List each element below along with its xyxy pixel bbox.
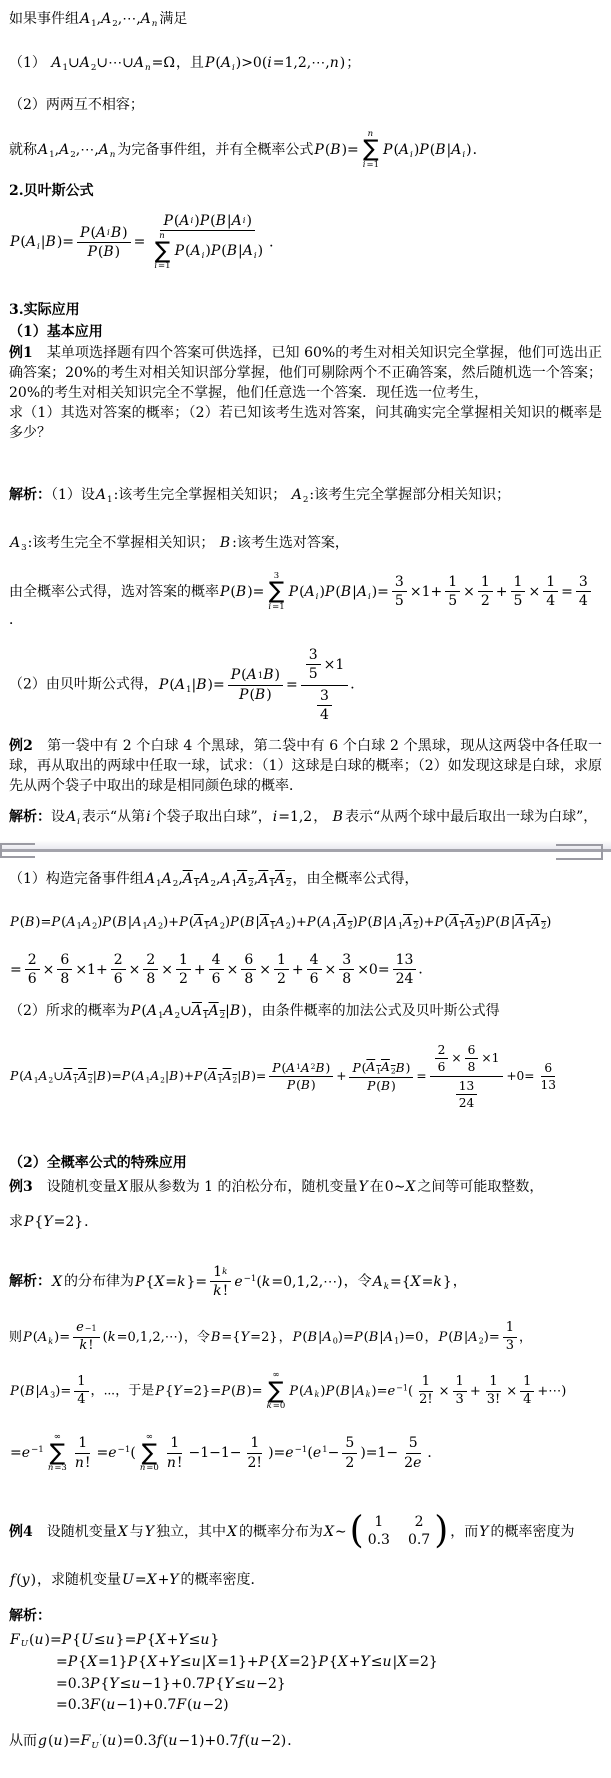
denominator: 4	[543, 592, 558, 609]
math-run: B	[219, 535, 232, 551]
text-run: 求	[9, 1214, 23, 1230]
numerator: 5	[406, 1435, 421, 1453]
fraction: 1324	[456, 1079, 478, 1110]
text-run: ．	[287, 1733, 301, 1749]
denominator: n∑i=1P(Ai)P(B|Ai)	[148, 231, 267, 272]
numerator: 2	[25, 952, 40, 970]
math-run: +	[291, 962, 305, 978]
math-run: =0.3P{Y≤u−1}+0.7P{Y≤u−2}	[55, 1676, 287, 1692]
numerator: 5	[342, 1435, 357, 1453]
bold-text-run: 解析：	[9, 1608, 51, 1624]
math-run: P(Ai)>0(i=1,2,⋯,n)	[204, 55, 346, 71]
fraction: 12!	[416, 1375, 436, 1408]
denominator: 6	[25, 970, 40, 987]
sum-operator: n∑i=1	[363, 130, 379, 170]
sum-operator: ∞∑n=0	[140, 1433, 159, 1473]
math-run: P(Ai)P(B|Ai)	[382, 142, 473, 158]
subscript: 2	[48, 1075, 53, 1084]
math-run: A1	[95, 487, 114, 503]
denominator: 2!	[416, 1392, 436, 1408]
math-run: ×	[160, 962, 174, 978]
text-run: 则	[9, 1330, 22, 1345]
text-run: ，令	[344, 1274, 372, 1290]
math-run: g(u)=FU′(u)=0.3f(u−1)+0.7f(u−2)	[37, 1733, 287, 1749]
subscript: 1	[91, 19, 97, 29]
formula-line: P(A1A2∪A1A2|B)=P(A1A2|B)+P(A1A2|B)=P(A1A…	[9, 1041, 602, 1112]
subscript: 1	[186, 685, 192, 695]
math-run: =	[133, 234, 147, 250]
sigma-icon: ∑	[269, 581, 285, 602]
numerator: 26×68×1	[430, 1042, 504, 1077]
math-run: ×	[128, 962, 142, 978]
math-run: B	[332, 809, 345, 825]
overline: A1	[258, 871, 275, 887]
fraction: 13	[453, 1375, 467, 1408]
denominator: 8	[57, 970, 72, 987]
formula-line: 例4 设随机变量X与Y独立，其中X的概率分布为X∼(120.30.7)，而Y的概…	[9, 1515, 602, 1549]
paragraph: 解析：（1）设A1:该考生完全掌握相关知识； A2:该考生完全掌握部分相关知识；	[9, 486, 602, 506]
math-run: =	[285, 677, 299, 693]
numerator: 1	[486, 1375, 500, 1392]
fraction: 1324	[393, 952, 417, 987]
math-run: =P{X=1}P{X+Y≤u|X=1}+P{X=2}P{X+Y≤u|X=2}	[55, 1654, 439, 1670]
overline: A1	[515, 915, 531, 930]
math-run: P(Ai|B)=	[9, 234, 75, 250]
subscript: U	[91, 1741, 99, 1751]
text-run: :该考生完全掌握部分相关知识；	[309, 487, 510, 503]
text-run: 就称	[9, 142, 37, 158]
sum-operator: ∞∑k=0	[267, 1371, 286, 1411]
superscript: −1	[396, 1383, 408, 1392]
denominator: P(B)	[364, 1078, 399, 1093]
subscript: 2	[475, 921, 480, 930]
denominator: 6	[435, 1059, 449, 1074]
heading: 2.贝叶斯公式	[9, 182, 602, 202]
text-run: （1）构造完备事件组	[9, 871, 144, 887]
text-run: 求（1）其选对答案的概率；（2）若已知该考生选对答案，问其确实完全掌握相关知识的…	[9, 405, 602, 441]
numerator: 6	[57, 952, 72, 970]
denominator: 6	[209, 970, 224, 987]
fraction: 35	[306, 647, 321, 682]
overline: A1	[63, 1069, 78, 1083]
text-run: 从而	[9, 1733, 37, 1749]
numerator: 1	[176, 952, 191, 970]
fraction: 14	[74, 1375, 88, 1408]
subscript: 1	[526, 921, 531, 930]
math-run: f(y)	[9, 1572, 37, 1588]
bold-text-run: 2.贝叶斯公式	[9, 183, 94, 199]
denominator: 2!	[245, 1454, 266, 1471]
subscript: 1	[203, 1011, 209, 1021]
subscript: i	[368, 592, 372, 602]
sum-lower-limit: i=1	[363, 161, 379, 170]
math-run: =e−1	[9, 1445, 45, 1461]
numerator: 1	[167, 1435, 182, 1453]
right-paren: )	[434, 1517, 448, 1547]
math-run: P(Ak)=	[22, 1330, 71, 1345]
math-run: Y	[478, 1524, 490, 1540]
text-run: 为完备事件组，并有全概率公式	[117, 142, 313, 158]
math-run: =0.3F(u−1)+0.7F(u−2)	[55, 1697, 230, 1713]
text-run: ，	[519, 1330, 532, 1345]
denominator: 3!	[484, 1392, 504, 1408]
text-run: :该考生完全不掌握相关知识；	[28, 535, 219, 551]
numerator: 3	[576, 574, 591, 592]
sum-operator: 3∑i=1	[268, 572, 284, 612]
fraction: P(A1A2B)P(B)	[349, 1060, 413, 1093]
denominator: 1324	[451, 1077, 483, 1111]
overline: A1	[208, 1069, 223, 1083]
numerator: 6	[465, 1043, 479, 1059]
bold-text-run: 3.实际应用	[9, 302, 80, 318]
heading: （1）基本应用	[9, 323, 602, 343]
superscript: −1	[295, 1445, 308, 1455]
text-run: 设随机变量	[33, 1179, 117, 1195]
math-run: +	[193, 962, 207, 978]
bold-text-run: 例3	[9, 1179, 33, 1195]
denominator: 2	[478, 592, 493, 609]
denominator: 8	[465, 1059, 479, 1074]
numerator: 1	[445, 574, 460, 592]
text-run: ，由全概率公式得，	[293, 871, 419, 887]
formula-line: P(B)=P(A1A2)P(B|A1A2)+P(A1A2)P(B|A1A2)+P…	[9, 915, 602, 932]
numerator: P(A1A2B)	[349, 1060, 413, 1078]
fraction: e−1k!	[73, 1321, 100, 1354]
subscript: k	[48, 1337, 54, 1346]
text-run: ．	[84, 1214, 98, 1230]
subscript: 2	[232, 1075, 237, 1084]
text-run: ，	[453, 1274, 467, 1290]
text-run: 表示“从两个球中最后取出一球为白球”，	[345, 809, 597, 825]
text-run: 设随机变量	[33, 1524, 117, 1540]
overline: A2	[237, 871, 254, 887]
fraction: 34	[317, 688, 332, 723]
text-run: ，而	[450, 1524, 478, 1540]
fraction: 26	[111, 952, 126, 987]
numerator: 1	[503, 1321, 517, 1338]
sum-lower-limit: n=0	[140, 1464, 159, 1473]
denominator: k!	[210, 1282, 231, 1299]
overline: A2	[209, 1003, 226, 1019]
math-run: +	[335, 1069, 347, 1083]
math-run: A3	[9, 535, 28, 551]
superscript: k	[222, 1267, 228, 1277]
bold-text-run: 例4	[9, 1524, 33, 1540]
math-run: P(B)=	[219, 584, 265, 600]
overline: A1	[260, 915, 276, 930]
text-run: 个袋子取出白球”，	[153, 809, 272, 825]
text-run: ．	[418, 962, 432, 978]
subscript: 1	[34, 1075, 39, 1084]
subscript: 3	[21, 543, 27, 553]
superscript: ′	[100, 1733, 102, 1743]
paragraph: f(y)，求随机变量U=X+Y的概率密度．	[9, 1571, 602, 1591]
fraction: 28	[143, 952, 158, 987]
subscript: 2	[91, 63, 97, 73]
math-run: +⋯)	[536, 1384, 567, 1399]
numerator: 35×1	[301, 646, 349, 685]
math-run: P(A1A2∪A1A2|B)	[130, 1003, 248, 1019]
math-run: ×0=	[356, 962, 390, 978]
math-run: P(Ai)P(B|Ai)	[174, 243, 265, 261]
subscript: 2	[248, 879, 254, 889]
fraction: P(AiB)P(B)	[77, 225, 131, 260]
math-run: X	[226, 1524, 239, 1540]
bold-text-run: 解析：	[9, 1274, 51, 1290]
sum-operator: ∞∑n=3	[48, 1433, 67, 1473]
math-run: P{Y=2}=P(B)=	[154, 1384, 263, 1399]
heading: 解析：	[9, 1607, 602, 1627]
subscript: k	[366, 1390, 372, 1399]
sigma-icon: ∑	[50, 1443, 66, 1464]
subscript: 2	[92, 921, 97, 930]
formula-line: 解析：X的分布律为P{X=k}=1kk!e−1(k=0,1,2,⋯)，令Ak={…	[9, 1263, 602, 1300]
math-run: +0=	[505, 1069, 535, 1083]
denominator: P(B)	[284, 1077, 319, 1092]
subscript: 1	[156, 879, 162, 889]
overline: A2	[223, 1069, 238, 1083]
subscript: 1	[107, 495, 113, 505]
fraction: 14	[543, 574, 558, 609]
paragraph: 求P{Y=2}．	[9, 1213, 602, 1233]
formula-line: =0.3F(u−1)+0.7F(u−2)	[9, 1696, 602, 1716]
sum-lower-limit: i=1	[154, 262, 170, 271]
text-run: 设	[51, 809, 65, 825]
fraction: 13	[503, 1321, 517, 1354]
text-run: （1）	[9, 55, 50, 71]
paragraph: （2）两两互不相容；	[9, 96, 602, 116]
overline: A2	[531, 915, 547, 930]
paragraph: 解析：设Ai表示“从第i个袋子取出白球”，i=1,2， B表示“从两个球中最后取…	[9, 808, 602, 828]
numerator: P(Ai)P(B|Ai)	[160, 213, 255, 231]
fraction: 12	[176, 952, 191, 987]
fraction: 46	[209, 952, 224, 987]
numerator: 1	[543, 574, 558, 592]
text-run: 的分布律为	[64, 1274, 134, 1290]
numerator: 1	[74, 1375, 88, 1392]
matrix-cell: 0.3	[368, 1533, 390, 1548]
numerator: 2	[111, 952, 126, 970]
overline: A1	[194, 915, 210, 930]
subscript: k	[314, 1390, 320, 1399]
page-bracket-right-icon	[556, 844, 603, 860]
paragraph: （1）构造完备事件组A1A2,A1A2,A1A2,A1A2，由全概率公式得，	[9, 870, 602, 890]
math-run: Y	[144, 1524, 156, 1540]
paragraph: 例1 某单项选择题有四个答案可供选择，已知 60%的考生对相关知识完全掌握，他们…	[9, 344, 602, 443]
sum-lower-limit: i=1	[268, 603, 284, 612]
math-run: A1,A2,⋯,An	[79, 11, 159, 27]
subscript: 2	[173, 879, 179, 889]
heading: （2）全概率公式的特殊应用	[9, 1154, 602, 1174]
math-run: P(A1A2∪A1A2|B)=P(A1A2|B)+P(A1A2|B)=	[9, 1069, 267, 1083]
overline: A2	[403, 915, 419, 930]
subscript: i	[316, 592, 320, 602]
fraction: 52e	[401, 1435, 425, 1470]
text-run: 之间等可能取整数，	[417, 1179, 543, 1195]
math-run: =	[415, 1069, 427, 1083]
overline: A1	[183, 871, 200, 887]
overline: A1	[366, 1060, 381, 1076]
fraction: 46	[307, 952, 322, 987]
numerator: P(A1B)	[228, 667, 283, 685]
subscript: k	[384, 1282, 390, 1292]
fraction: 15	[511, 574, 526, 609]
subscript: 2	[220, 921, 225, 930]
fraction: 12	[478, 574, 493, 609]
matrix-cell: 2	[408, 1515, 430, 1530]
numerator: 6	[541, 1061, 555, 1077]
formula-line: 就称A1,A2,⋯,An为完备事件组，并有全概率公式P(B)=n∑i=1P(Ai…	[9, 130, 602, 170]
fraction: P(A1B)P(B)	[228, 667, 283, 702]
fraction: 12	[274, 952, 289, 987]
denominator: k!	[76, 1338, 96, 1354]
denominator: P(B)	[236, 686, 275, 703]
text-run: 由全概率公式得，选对答案的概率	[9, 584, 219, 600]
subscript: 2	[413, 921, 418, 930]
math-run: P{Y=2}	[23, 1214, 84, 1230]
subscript: 2	[286, 921, 291, 930]
matrix-cell: 0.7	[408, 1533, 430, 1548]
formula-line: =0.3P{Y≤u−1}+0.7P{Y≤u−2}	[9, 1675, 602, 1695]
bold-text-run: 解析：	[9, 809, 51, 825]
math-run: P(B|A2)=	[437, 1330, 500, 1345]
subscript: i	[462, 150, 466, 160]
math-run: ×	[450, 1051, 462, 1065]
denominator: 2	[342, 1454, 357, 1471]
subscript: n	[145, 63, 152, 73]
superscript: −1	[85, 1324, 97, 1333]
subscript: 1	[218, 1075, 223, 1084]
subscript: i	[37, 242, 41, 252]
math-run: (k=0,1,2,⋯)	[102, 1330, 184, 1345]
numerator: P(AiB)	[77, 225, 131, 243]
text-run: 的概率密度．	[181, 1572, 265, 1588]
paragraph: 例2 第一袋中有 2 个白球 4 个黑球，第二袋中有 6 个白球 2 个黑球，现…	[9, 737, 602, 797]
text-run: （2）两两互不相容；	[9, 97, 144, 113]
numerator: 3	[306, 647, 321, 665]
overline: A2	[465, 915, 481, 930]
subscript: i	[232, 63, 236, 73]
math-run: )=1−	[359, 1445, 399, 1461]
numerator: 4	[209, 952, 224, 970]
fraction: 26	[435, 1043, 449, 1074]
subscript: n	[152, 19, 159, 29]
numerator: P(A1A2B)	[269, 1061, 333, 1077]
math-run: P(Ai)P(B|Ai)=	[288, 584, 390, 600]
fraction: 26	[25, 952, 40, 987]
numerator: 2	[435, 1043, 449, 1059]
sigma-icon: ∑	[142, 1443, 158, 1464]
math-run: X	[51, 1274, 64, 1290]
sigma-icon: ∑	[363, 139, 379, 160]
text-run: 服从参数为 1 的泊松分布，随机变量	[130, 1179, 358, 1195]
denominator: 24	[456, 1095, 478, 1110]
fraction: 12!	[245, 1435, 266, 1470]
numerator: 1	[274, 952, 289, 970]
fraction: 14	[520, 1375, 534, 1408]
text-run: ，	[424, 1330, 437, 1345]
math-run: X∼	[323, 1524, 348, 1540]
math-run: ×	[527, 584, 541, 600]
text-run: ，且	[176, 55, 204, 71]
subscript: i	[190, 216, 194, 226]
overline: A1	[449, 915, 465, 930]
math-run: +	[469, 1384, 482, 1399]
math-run: ×1+	[409, 584, 443, 600]
heading: 3.实际应用	[9, 301, 602, 321]
overline: A2	[337, 915, 353, 930]
text-run: ，由条件概率的加法公式及贝叶斯公式得	[248, 1003, 500, 1019]
fraction: 35×134	[301, 646, 349, 723]
denominator: 2e	[401, 1454, 425, 1471]
math-run: P(Ak)P(B|Ak)=e−1(	[288, 1384, 414, 1399]
document-page: 如果事件组A1,A2,⋯,An满足（1） A1∪A2∪⋯∪An=Ω，且P(Ai)…	[0, 0, 611, 1778]
text-run: 与	[130, 1524, 144, 1540]
denominator: 13	[538, 1077, 560, 1092]
subscript: 1	[77, 921, 82, 930]
denominator: 2	[176, 970, 191, 987]
math-run: ×	[42, 962, 56, 978]
text-run: ．	[9, 612, 23, 628]
denominator: 4	[317, 706, 332, 723]
formula-line: FU(u)=P{U≤u}=P{X+Y≤u}	[9, 1631, 602, 1651]
subscript: 2	[286, 879, 292, 889]
math-run: P(A1|B)=	[158, 677, 226, 693]
subscript: n	[110, 150, 117, 160]
matrix-cells: 120.30.7	[364, 1515, 435, 1549]
paragraph: 例3 设随机变量X服从参数为 1 的泊松分布，随机变量Y在0∼X之间等可能取整数…	[9, 1178, 602, 1198]
math-run: =	[9, 962, 23, 978]
fraction: P(A1A2B)P(B)	[269, 1061, 333, 1092]
superscript: −1	[118, 1445, 131, 1455]
subscript: 2	[70, 150, 76, 160]
formula-line: =26×68×1+26×28×12+46×68×12+46×38×0=1324．	[9, 951, 602, 988]
numerator: 1	[75, 1435, 90, 1453]
text-run: 某单项选择题有四个答案可供选择，已知 60%的考生对相关知识完全掌握，他们可选出…	[9, 345, 602, 401]
numerator: 1	[478, 574, 493, 592]
formula-line: 由全概率公式得，选对答案的概率P(B)=3∑i=1P(Ai)P(B|Ai)=35…	[9, 572, 602, 629]
math-run: ×	[505, 1384, 518, 1399]
fraction: P(Ai)P(B|Ai)n∑i=1P(Ai)P(B|Ai)	[148, 213, 267, 272]
text-run: :该考生选对答案，	[232, 535, 349, 551]
math-run: A2	[291, 487, 310, 503]
probability-matrix: (120.30.7)	[350, 1515, 449, 1549]
math-run: B={Y=2}	[210, 1330, 279, 1345]
bold-text-run: （1）基本应用	[9, 324, 103, 340]
formula-line: P(B|A3)=14，⋯，于是P{Y=2}=P(B)=∞∑k=0P(Ak)P(B…	[9, 1371, 602, 1411]
denominator: 5	[445, 592, 460, 609]
denominator: 6	[307, 970, 322, 987]
subscript: 3	[50, 1390, 55, 1399]
numerator: 13	[456, 1079, 478, 1095]
denominator: 3	[503, 1338, 517, 1354]
fraction: 38	[339, 952, 354, 987]
math-run: e−1(k=0,1,2,⋯)	[233, 1274, 343, 1290]
formula-line: P(Ai|B)=P(AiB)P(B)=P(Ai)P(B|Ai)n∑i=1P(Ai…	[9, 212, 602, 273]
denominator: 2	[274, 970, 289, 987]
math-run: X	[117, 1179, 130, 1195]
numerator: 1	[511, 574, 526, 592]
text-run: ，	[279, 1330, 292, 1345]
denominator: 6	[111, 970, 126, 987]
denominator: 4	[74, 1392, 88, 1408]
math-run: −1−1−	[188, 1445, 243, 1461]
subscript: 2	[210, 879, 216, 889]
denominator: 24	[393, 970, 417, 987]
subscript: 2	[220, 1011, 226, 1021]
text-run: 的概率密度为	[491, 1524, 575, 1540]
fraction: 68	[465, 1043, 479, 1074]
